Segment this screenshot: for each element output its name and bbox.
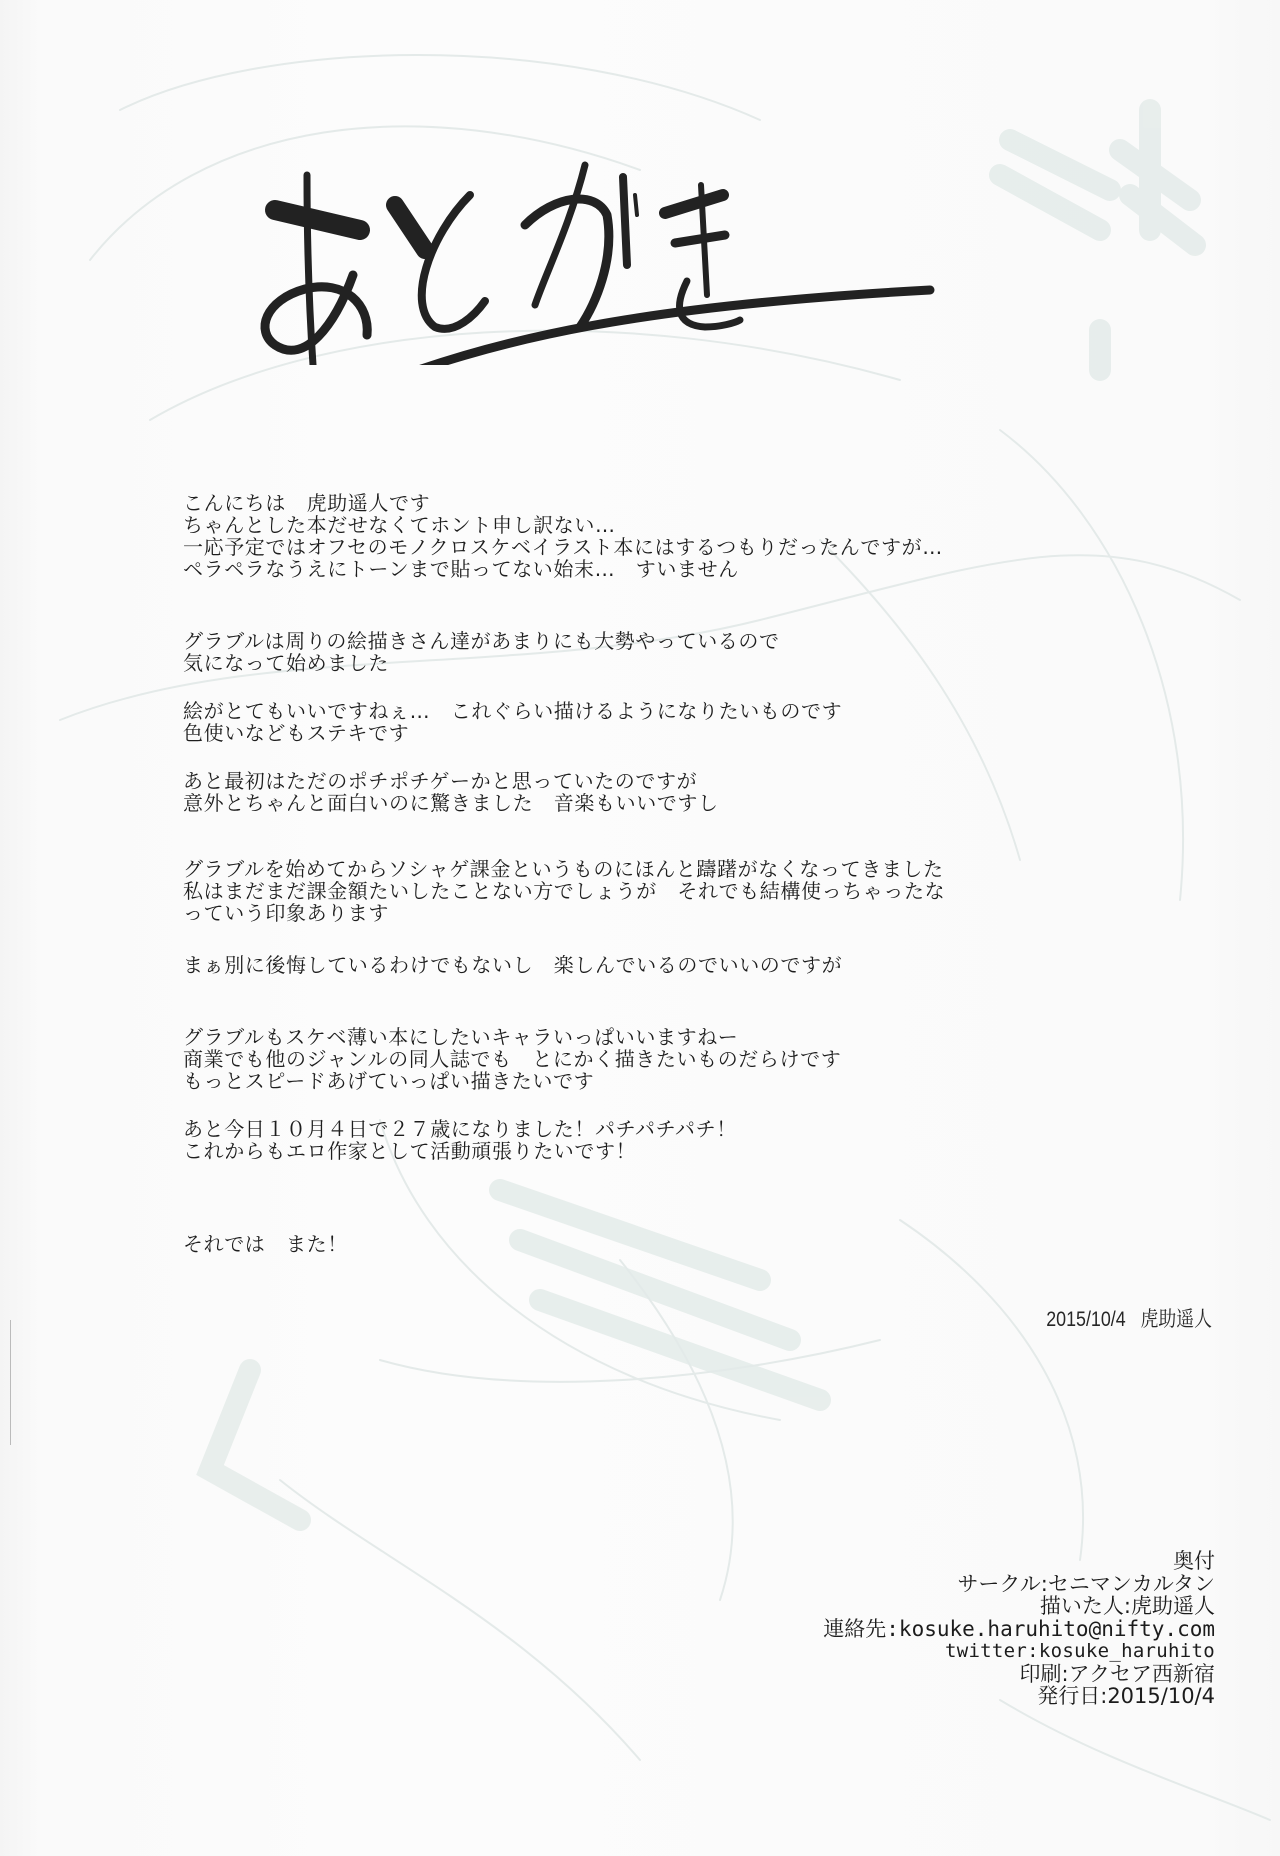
body-line: 一応予定ではオフセのモノクロスケベイラスト本にはするつもりだったんですが…: [183, 536, 943, 558]
colophon-label: 描いた人: [1040, 1594, 1124, 1618]
body-line: グラブルは周りの絵描きさん達があまりにも大勢やっているので: [183, 630, 780, 652]
colophon-heading: 奥付: [823, 1550, 1215, 1573]
body-line: あと今日１０月４日で２７歳になりました！パチパチパチ！: [183, 1118, 737, 1140]
colophon-circle: サークル:セニマンカルタン: [823, 1573, 1215, 1596]
body-line: 色使いなどもステキです: [183, 722, 409, 744]
colophon-value: 虎助遥人: [1131, 1594, 1215, 1618]
body-line: 気になって始めました: [183, 652, 389, 674]
body-line: ちゃんとした本だせなくてホント申し訳ない…: [183, 514, 616, 536]
colophon-label: twitter: [945, 1640, 1027, 1662]
body-line: 意外とちゃんと面白いのに驚きました 音楽もいいですし: [183, 792, 719, 814]
signature-gap: [1126, 1308, 1141, 1331]
body-line: こんにちは 虎助遥人です: [183, 492, 430, 514]
colophon-separator: :: [1041, 1572, 1048, 1596]
colophon-label: サークル: [957, 1572, 1040, 1596]
colophon-label: 印刷: [1020, 1662, 1062, 1686]
colophon-value: 2015/10/4: [1107, 1684, 1215, 1708]
contact-email: kosuke.haruhito@nifty.com: [899, 1617, 1215, 1641]
body-line: 私はまだまだ課金額たいしたことない方でしょうが それでも結構使っちゃったな: [183, 880, 945, 902]
colophon-value: セニマンカルタン: [1048, 1572, 1215, 1596]
colophon-separator: :: [1027, 1640, 1039, 1662]
page-title: あとがき: [235, 65, 975, 365]
colophon-value: アクセア西新宿: [1069, 1662, 1215, 1686]
body-line: 商業でも他のジャンルの同人誌でも とにかく描きたいものだらけです: [183, 1048, 841, 1070]
title-calligraphy: [235, 65, 975, 365]
colophon-twitter: twitter:kosuke_haruhito: [823, 1640, 1215, 1663]
binding-edge-line: [10, 1320, 11, 1445]
colophon-printer: 印刷:アクセア西新宿: [823, 1663, 1215, 1686]
body-line: これからもエロ作家として活動頑張りたいです！: [183, 1140, 636, 1162]
signature: 2015/10/4 虎助遥人: [1046, 1307, 1212, 1333]
colophon-contact: 連絡先:kosuke.haruhito@nifty.com: [823, 1618, 1215, 1641]
body-line: グラブルを始めてからソシャゲ課金というものにほんと躊躇がなくなってきました: [183, 858, 944, 880]
body-line: グラブルもスケベ薄い本にしたいキャラいっぱいいますねー: [183, 1026, 738, 1048]
body-line: ペラペラなうえにトーンまで貼ってない始末… すいません: [183, 558, 739, 580]
twitter-handle: kosuke_haruhito: [1039, 1640, 1215, 1662]
colophon-separator: :: [1062, 1662, 1069, 1686]
colophon-issue-date: 発行日:2015/10/4: [823, 1685, 1215, 1708]
signature-author: 虎助遥人: [1141, 1308, 1212, 1331]
body-line: 絵がとてもいいですねぇ… これぐらい描けるようになりたいものです: [183, 700, 842, 722]
colophon-label: 連絡先: [823, 1617, 886, 1641]
colophon-label: 発行日: [1037, 1684, 1100, 1708]
body-line: あと最初はただのポチポチゲーかと思っていたのですが: [183, 770, 697, 792]
body-line: もっとスピードあげていっぱい描きたいです: [183, 1070, 594, 1092]
colophon-separator: :: [1124, 1594, 1131, 1618]
colophon: 奥付 サークル:セニマンカルタン 描いた人:虎助遥人 連絡先:kosuke.ha…: [823, 1550, 1215, 1708]
body-line: っていう印象あります: [183, 902, 389, 924]
colophon-separator: :: [886, 1617, 899, 1641]
colophon-artist: 描いた人:虎助遥人: [823, 1595, 1215, 1618]
afterword-page: あとがき: [0, 0, 1280, 1856]
body-line: それでは また！: [183, 1233, 348, 1255]
signature-date: 2015/10/4: [1046, 1308, 1125, 1331]
body-line: まぁ別に後悔しているわけでもないし 楽しんでいるのでいいのですが: [183, 954, 842, 976]
